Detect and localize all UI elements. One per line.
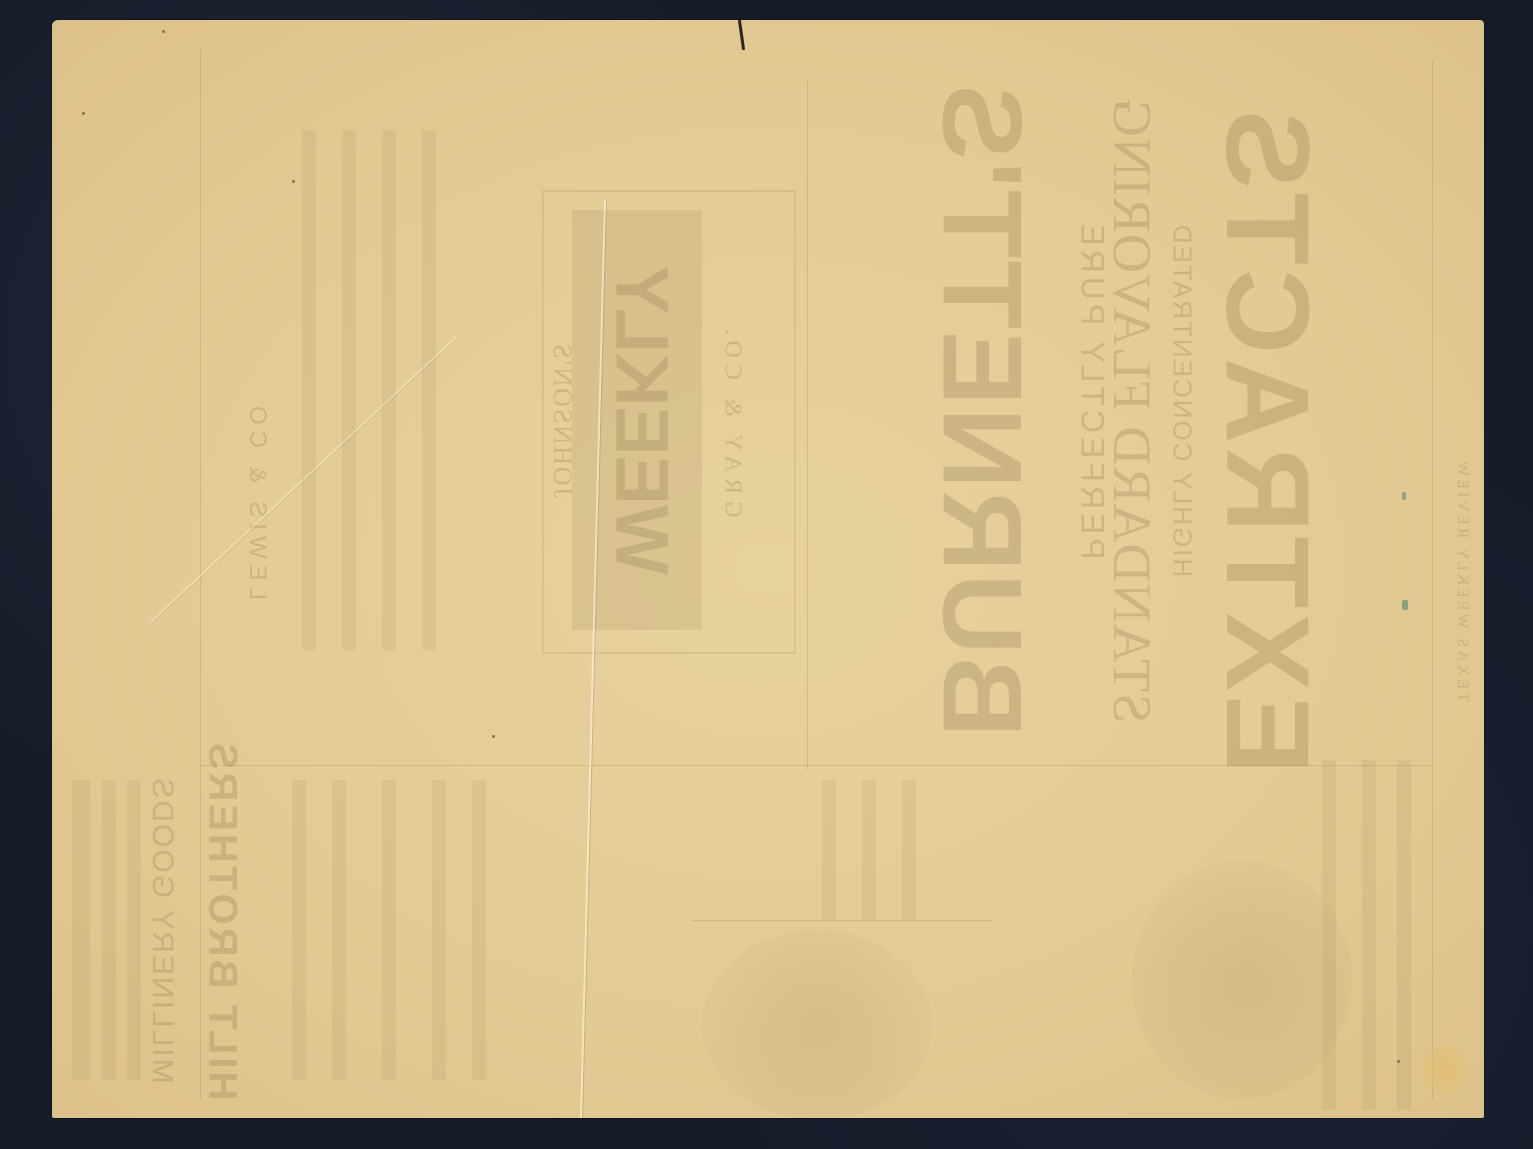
speck [162, 30, 165, 33]
lewis-co-note: LEWIS & CO [243, 400, 271, 600]
headline-extracts: EXTRACTS [1199, 106, 1335, 774]
stain-spot [1420, 1045, 1468, 1093]
headline-burnetts: BURNETT'S [918, 83, 1047, 737]
paper-sheet: BURNETT'S PERFECTLY PURE STANDARD FLAVOR… [52, 20, 1484, 1118]
box-ad-top-line: JOHNSON'S [547, 342, 577, 498]
edge-tear [738, 20, 745, 50]
speck [82, 112, 85, 115]
speck [1397, 1060, 1400, 1063]
millinery-goods-subhead: MILLINERY GOODS [145, 776, 179, 1083]
section-rule [692, 920, 992, 921]
ink-mark [1402, 492, 1406, 500]
box-ad-sub: GRAY & CO. [719, 323, 746, 518]
portrait-illustration [1132, 860, 1352, 1100]
vignette-illustration [702, 930, 932, 1118]
box-ad-title: WEEKLY [600, 265, 685, 575]
hilt-brothers-headline: HILT BROTHERS [200, 740, 245, 1100]
ink-mark [1402, 600, 1408, 610]
tagline-standard-flavoring: STANDARD FLAVORING [1101, 97, 1163, 723]
speck [492, 735, 495, 738]
masthead-strip: TEXAS WEEKLY REVIEW [1453, 458, 1471, 702]
tagline-highly-concentrated: HIGHLY CONCENTRATED [1167, 223, 1198, 577]
column-rule [1432, 60, 1433, 1100]
column-rule [807, 80, 808, 770]
speck [292, 180, 295, 183]
